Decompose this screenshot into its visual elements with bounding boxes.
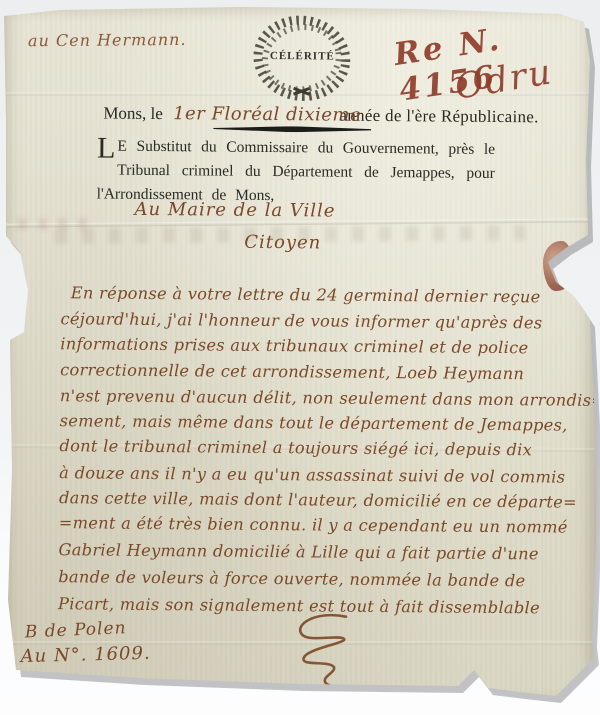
letter-line: céjourd'hui, j'ai l'honneur de vous info… <box>60 309 542 332</box>
letter-line: n'est prevenu d'aucun délit, non seuleme… <box>60 386 600 410</box>
stamp-label: CÉLÉRITÉ <box>240 50 365 63</box>
recipient-line: Au Maire de la Ville <box>134 199 335 222</box>
letter-line: dans cette ville, mais dont l'auteur, do… <box>59 488 577 512</box>
letter-line: sement, mais même dans tout le départeme… <box>60 411 568 434</box>
dateline-handwritten-date: 1er Floréal dixieme <box>173 103 361 126</box>
printed-swell-rule <box>213 126 371 133</box>
letter-line: informations prises aux tribunaux crimin… <box>60 334 528 357</box>
dateline-place: Mons, le <box>103 104 163 124</box>
salutation: Citoyen <box>244 232 321 254</box>
docket-number: Au N°. 1609. <box>20 643 151 667</box>
letter-line: à douze ans il n'y a eu qu'un assassinat… <box>59 463 565 486</box>
letter-line: =ment a été très bien connu. il y a cepe… <box>59 513 568 536</box>
paraph-flourish-icon <box>287 608 360 697</box>
letter-line: Gabriel Heymann domicilié à Lille qui a … <box>58 540 538 563</box>
addressee-note: au Cen Hermann. <box>28 30 187 50</box>
letterhead-text: E Substitut du Commissaire du Gouverneme… <box>97 138 496 204</box>
letter-line: En réponse à votre lettre du 24 germinal… <box>71 283 541 306</box>
letterhead-dropcap: L <box>97 137 116 161</box>
document-photo: au Cen Hermann. CÉLÉRITÉ Re N. 4156 Odru… <box>0 0 600 715</box>
letter-line: bande de voleurs à force ouverte, nommée… <box>58 567 525 590</box>
signer-name: B de Polen <box>24 618 126 642</box>
celerite-wreath-stamp: CÉLÉRITÉ <box>239 12 365 105</box>
dateline-era: année de l'ère Républicaine. <box>339 106 538 127</box>
letter-line: dont le tribunal criminel a toujours sié… <box>59 436 532 459</box>
letter-line: correctionnelle de cet arrondissement, L… <box>60 360 524 383</box>
signature-paraph <box>287 608 360 697</box>
dateline: Mons, le 1er Floréal dixieme année de l'… <box>103 103 539 128</box>
letter-paper: au Cen Hermann. CÉLÉRITÉ Re N. 4156 Odru… <box>0 0 600 715</box>
